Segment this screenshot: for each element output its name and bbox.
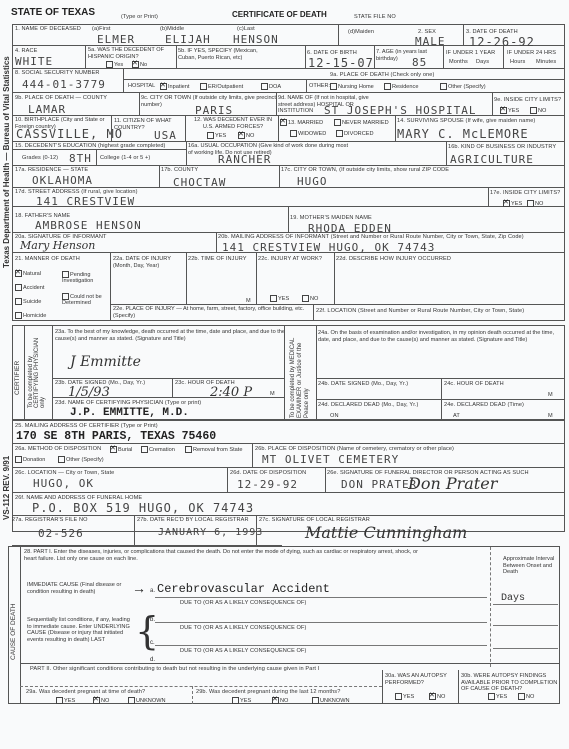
registrar-file-label: 27a. REGISTRAR'S FILE NO xyxy=(12,517,88,523)
res-state-label: 17a. RESIDENCE — STATE xyxy=(15,167,88,173)
disposition-location: HUGO, OK xyxy=(33,477,94,490)
pregnant12-yes: YES xyxy=(232,697,251,704)
nursing-option: Nursing Home xyxy=(330,83,374,90)
me-date-label: 24b. DATE SIGNED (Mo., Day, Yr.) xyxy=(318,381,408,387)
name-label: 1. NAME OF DECEASED xyxy=(15,26,81,32)
father: AMBROSE HENSON xyxy=(35,219,142,232)
spouse-label: 14. SURVIVING SPOUSE (If wife, give maid… xyxy=(397,118,535,124)
res-inside-no-checkbox[interactable] xyxy=(527,200,534,207)
res-city-label: 17c. CITY OR TOWN, (If outside city limi… xyxy=(281,167,449,173)
injury-place-label: 22e. PLACE OF INJURY — At home, farm, st… xyxy=(113,306,313,319)
cause-line-a: Cerebrovascular Accident xyxy=(157,582,330,596)
informant-signature: Mary Henson xyxy=(20,239,95,252)
ssn-value: 444-01-3779 xyxy=(22,78,106,91)
inpatient-checkbox[interactable] xyxy=(160,83,167,90)
place-of-death-label: 9a. PLACE OF DEATH (Check only one) xyxy=(330,72,434,78)
state-title: STATE OF TEXAS xyxy=(11,7,95,18)
at-work-yes-checkbox[interactable] xyxy=(270,295,277,302)
pregnant-unknown-checkbox[interactable] xyxy=(128,697,135,704)
mailing-label: 25. MAILING ADDRESS OF CERTIFIER (Type o… xyxy=(15,423,158,429)
inside-city-no-checkbox[interactable] xyxy=(530,107,537,114)
inside-city-no: NO xyxy=(530,107,546,114)
disposition-place-label: 26b. PLACE OF DISPOSITION (Name of cemet… xyxy=(255,446,454,452)
citizen: USA xyxy=(154,129,177,142)
registrar-date-label: 27b. DATE REC'D BY LOCAL REGISTRAR xyxy=(137,517,249,523)
disposition-location-label: 26c. LOCATION — City or Town, State xyxy=(15,470,114,476)
nursing-checkbox[interactable] xyxy=(330,83,337,90)
age-label: 7. AGE (in years last birthday) xyxy=(376,49,438,62)
pregnant12-label: 29b. Was decedent pregnant during the la… xyxy=(196,689,340,695)
me-declared-label: 24d. DECLARED DEAD (Mo., Day, Yr.) xyxy=(318,402,419,408)
pregnant-yes: YES xyxy=(56,697,75,704)
interval-label: Approximate Interval Between Onset and D… xyxy=(503,556,563,576)
injury-how-label: 22d. DESCRIBE HOW INJURY OCCURRED xyxy=(336,256,451,262)
due-to-b: DUE TO (OR AS A LIKELY CONSEQUENCE OF) xyxy=(180,625,306,631)
doa-checkbox[interactable] xyxy=(261,83,268,90)
hospital-label: HOSPITAL xyxy=(128,83,155,89)
arrow-right-icon: → xyxy=(132,580,146,596)
certificate-title: CERTIFICATE OF DEATH xyxy=(232,10,327,19)
dob-value: 12-15-07 xyxy=(308,56,374,70)
accident-checkbox[interactable] xyxy=(15,284,22,291)
college-label: College (1-4 or 5 +) xyxy=(100,155,150,161)
donation-checkbox[interactable] xyxy=(15,456,22,463)
me-hour-label: 24c. HOUR OF DEATH xyxy=(444,381,504,387)
director-signature: Don Prater xyxy=(408,474,497,493)
burial-checkbox[interactable] xyxy=(110,446,117,453)
other-specify-checkbox[interactable] xyxy=(440,83,447,90)
me-statement: 24a. On the basis of examination and/or … xyxy=(318,330,563,343)
at-work-no: NO xyxy=(302,295,318,302)
grades-label: Grades (0-12) xyxy=(22,155,58,161)
funeral-home: P.O. BOX 519 HUGO, OK 74743 xyxy=(32,501,254,515)
pregnant12-unknown: UNKNOWN xyxy=(312,697,350,704)
physician-statement: 23a. To the best of my knowledge, death … xyxy=(55,329,285,342)
manner-pending: Pending Investigation xyxy=(62,271,107,285)
other-label: OTHER: xyxy=(309,83,330,89)
hospital-name: ST JOSEPH'S HOSPITAL xyxy=(324,104,476,117)
at-work-label: 22c. INJURY AT WORK? xyxy=(258,256,322,262)
manner-natural: Natural xyxy=(15,270,41,277)
sequential-label: Sequentially list conditions, if any, le… xyxy=(27,617,135,643)
physician-name: J.P. EMMITTE, M.D. xyxy=(70,407,189,419)
middle-name-label: (b)Middle xyxy=(160,26,184,32)
certifier-section-label: CERTIFIER xyxy=(14,361,21,395)
autopsy-no: NO xyxy=(429,693,445,700)
autopsy-no-checkbox[interactable] xyxy=(429,693,436,700)
grades: 8TH xyxy=(69,152,92,165)
director-name: DON PRATER xyxy=(341,478,417,491)
mother-label: 19. MOTHER'S MAIDEN NAME xyxy=(290,215,372,221)
res-county: CHOCTAW xyxy=(173,176,226,189)
autopsy-findings-label: 30b. WERE AUTOPSY FINDINGS AVAILABLE PRI… xyxy=(461,673,559,693)
armed-yes-checkbox[interactable] xyxy=(207,132,214,139)
res-inside-city-label: 17e. INSIDE CITY LIMITS? xyxy=(490,190,560,196)
me-on: ON xyxy=(330,413,339,419)
part2-label: PART II. Other significant conditions co… xyxy=(30,666,319,672)
method-burial: Burial xyxy=(110,446,132,453)
state-file-no-label: STATE FILE NO xyxy=(354,14,396,20)
due-to-a: DUE TO (OR AS A LIKELY CONSEQUENCE OF) xyxy=(180,600,306,606)
hours-label: Hours xyxy=(510,59,525,65)
county-death: LAMAR xyxy=(28,103,66,116)
findings-no-checkbox[interactable] xyxy=(518,693,525,700)
me-side-label: To be completed by MEDICAL EXAMINER or J… xyxy=(290,330,311,418)
registrar-date: JANUARY 6, 1993 xyxy=(158,527,263,538)
informant-addr-label: 20b. MAILING ADDRESS OF INFORMANT (Stree… xyxy=(218,234,524,240)
pregnant12-yes-checkbox[interactable] xyxy=(232,697,239,704)
birthplace: CASSVILLE, MO xyxy=(16,127,123,141)
interval-a: Days xyxy=(501,593,525,604)
injury-date-label: 22a. DATE OF INJURY (Month, Day, Year) xyxy=(113,256,183,269)
at-work-no-checkbox[interactable] xyxy=(302,295,309,302)
inpatient-option: Inpatient xyxy=(160,83,189,90)
pregnant12-no: NO xyxy=(272,697,288,704)
method-label: 26a. METHOD OF DISPOSITION xyxy=(15,446,101,452)
physician-name-label: 23d. NAME OF CERTIFYING PHYSICIAN (Type … xyxy=(55,400,201,406)
method-removal: Removal from State xyxy=(185,446,242,453)
me-at: AT xyxy=(453,413,460,419)
method-other: Other (Specify) xyxy=(58,456,104,463)
race-label: 4. RACE xyxy=(15,48,37,54)
under1-label: IF UNDER 1 YEAR xyxy=(446,50,495,56)
physician-side-label: To be completed by CERTIFYING PHYSICIAN … xyxy=(28,328,46,408)
first-name-label: (a)First xyxy=(92,26,111,32)
autopsy-label: 30a. WAS AN AUTOPSY PERFORMED? xyxy=(385,673,460,686)
suicide-checkbox[interactable] xyxy=(15,298,22,305)
pregnant-unknown: UNKNOWN xyxy=(128,697,166,704)
method-cremation: Cremation xyxy=(141,446,175,453)
er-option: ER/Outpatient xyxy=(200,83,243,90)
inside-city-label: 9e. INSIDE CITY LIMITS? xyxy=(494,97,561,103)
physician-signature: J Emmitte xyxy=(70,354,141,370)
race-value: WHITE xyxy=(15,55,53,68)
res-inside-no: NO xyxy=(527,200,543,207)
autopsy-yes-checkbox[interactable] xyxy=(395,693,402,700)
first-name: ELMER xyxy=(97,33,135,46)
er-checkbox[interactable] xyxy=(200,83,207,90)
cause-section-label: CAUSE OF DEATH xyxy=(10,603,17,660)
hispanic-yes-checkbox[interactable] xyxy=(106,61,113,68)
res-county-label: 17b. COUNTY xyxy=(161,167,198,173)
line-c-marker: c. xyxy=(150,640,155,646)
res-inside-yes: YES xyxy=(503,200,522,207)
cremation-checkbox[interactable] xyxy=(141,446,148,453)
line-a-marker: a. xyxy=(150,588,155,594)
inside-city-yes-checkbox[interactable] xyxy=(500,107,507,114)
natural-checkbox[interactable] xyxy=(15,270,22,277)
residence-checkbox[interactable] xyxy=(384,83,391,90)
disposition-place: MT OLIVET CEMETERY xyxy=(262,453,399,466)
me-declared-time-label: 24e. DECLARED DEAD (Time) xyxy=(444,402,524,408)
part1-instructions: 28. PART I. Enter the diseases, injuries… xyxy=(24,549,424,562)
pregnant-label: 29a. Was decedent pregnant at time of de… xyxy=(26,689,145,695)
method-donation: Donation xyxy=(15,456,45,463)
under24-label: IF UNDER 24 HRS xyxy=(507,50,556,56)
divorced-checkbox[interactable] xyxy=(336,130,343,137)
city-death: PARIS xyxy=(195,104,233,117)
manner-undetermined: Could not be Determined xyxy=(62,293,107,307)
due-to-c: DUE TO (OR AS A LIKELY CONSEQUENCE OF) xyxy=(180,648,306,654)
manner-accident: Accident xyxy=(15,284,44,291)
never-married-checkbox[interactable] xyxy=(334,119,341,126)
findings-yes: YES xyxy=(488,693,507,700)
at-work-yes: YES xyxy=(270,295,289,302)
department-side-text: Texas Department of Health — Bureau of V… xyxy=(2,56,11,268)
armed-no: NO xyxy=(238,132,254,139)
type-or-print: (Type or Print) xyxy=(121,14,158,20)
immediate-cause-label: IMMEDIATE CAUSE (Final disease or condit… xyxy=(27,582,137,595)
county-death-label: 9b. PLACE OF DEATH — COUNTY xyxy=(15,95,107,101)
spouse: MARY C. McLEMORE xyxy=(397,127,529,141)
manner-homicide: Homicide xyxy=(15,312,46,319)
armed-forces-label: 12. WAS DECEDENT EVER IN U.S. ARMED FORC… xyxy=(188,117,278,130)
res-inside-yes-checkbox[interactable] xyxy=(503,200,510,207)
other-method-checkbox[interactable] xyxy=(58,456,65,463)
findings-yes-checkbox[interactable] xyxy=(488,693,495,700)
disposition-date: 12-29-92 xyxy=(237,478,298,491)
occupation: RANCHER xyxy=(218,153,271,166)
last-name: HENSON xyxy=(233,33,279,46)
pregnant12-no-checkbox[interactable] xyxy=(272,697,279,704)
autopsy-yes: YES xyxy=(395,693,414,700)
residence-option: Residence xyxy=(384,83,418,90)
other-specify-option: Other (Specify) xyxy=(440,83,486,90)
injury-location-label: 22f. LOCATION (Street and Number or Rura… xyxy=(316,308,524,314)
age-value: 85 xyxy=(412,56,427,69)
hispanic-no: No xyxy=(132,61,147,68)
certifier-mailing: 170 SE 8TH PARIS, TEXAS 75460 xyxy=(16,430,216,443)
findings-no: NO xyxy=(518,693,534,700)
widowed-option: WIDOWED xyxy=(290,130,326,137)
armed-no-checkbox[interactable] xyxy=(238,132,245,139)
removal-checkbox[interactable] xyxy=(185,446,192,453)
pregnant-yes-checkbox[interactable] xyxy=(56,697,63,704)
date-of-death: 12-26-92 xyxy=(469,35,535,49)
divorced-option: DIVORCED xyxy=(336,130,374,137)
me-declared-m: M xyxy=(548,413,553,419)
manner-label: 21. MANNER OF DEATH xyxy=(15,256,80,262)
manner-suicide: Suicide xyxy=(15,298,41,305)
minutes-label: Minutes xyxy=(536,59,556,65)
hispanic-yes: Yes xyxy=(106,61,123,68)
middle-name: ELIJAH xyxy=(165,33,211,46)
registrar-file-no: 02-526 xyxy=(38,527,84,540)
res-state: OKLAHOMA xyxy=(32,174,93,187)
pregnant-no: NO xyxy=(93,697,109,704)
disposition-date-label: 26d. DATE OF DISPOSITION xyxy=(230,470,306,476)
sex-value: MALE xyxy=(415,35,446,48)
me-hour-m: M xyxy=(548,392,553,398)
widowed-checkbox[interactable] xyxy=(290,130,297,137)
married-option: 13. MARRIED xyxy=(280,119,323,126)
registrar-signature: Mattie Cunningham xyxy=(305,523,467,542)
last-name-label: (c)Last xyxy=(237,26,255,32)
never-married-option: NEVER MARRIED xyxy=(334,119,389,126)
street: 141 CRESTVIEW xyxy=(36,195,135,208)
pregnant-no-checkbox[interactable] xyxy=(93,697,100,704)
inside-city-yes: YES xyxy=(500,107,519,114)
res-city: HUGO xyxy=(297,175,328,188)
pregnant12-unknown-checkbox[interactable] xyxy=(312,697,319,704)
injury-time-label: 22b. TIME OF INJURY xyxy=(188,256,247,262)
undetermined-checkbox[interactable] xyxy=(62,293,69,300)
days-label: Days xyxy=(476,59,489,65)
maiden-label: (d)Maiden xyxy=(348,29,374,35)
industry-label: 16b. KIND OF BUSINESS OR INDUSTRY xyxy=(448,144,556,150)
months-label: Months xyxy=(449,59,468,65)
homicide-checkbox[interactable] xyxy=(15,312,22,319)
industry: AGRICULTURE xyxy=(450,153,534,166)
pending-checkbox[interactable] xyxy=(62,271,69,278)
hispanic-specify-label: 5b. IF YES, SPECIFY (Mexican, Cuban, Pue… xyxy=(178,48,268,61)
hispanic-no-checkbox[interactable] xyxy=(132,61,139,68)
married-checkbox[interactable] xyxy=(280,119,287,126)
informant-addr: 141 CRESTVIEW HUGO, OK 74743 xyxy=(222,241,435,254)
ssn-label: 8. SOCIAL SECURITY NUMBER xyxy=(15,70,100,76)
armed-yes: YES xyxy=(207,132,226,139)
form-rev-side-text: VS-112 REV. 9/91 xyxy=(2,456,11,520)
doa-option: DOA xyxy=(261,83,281,90)
